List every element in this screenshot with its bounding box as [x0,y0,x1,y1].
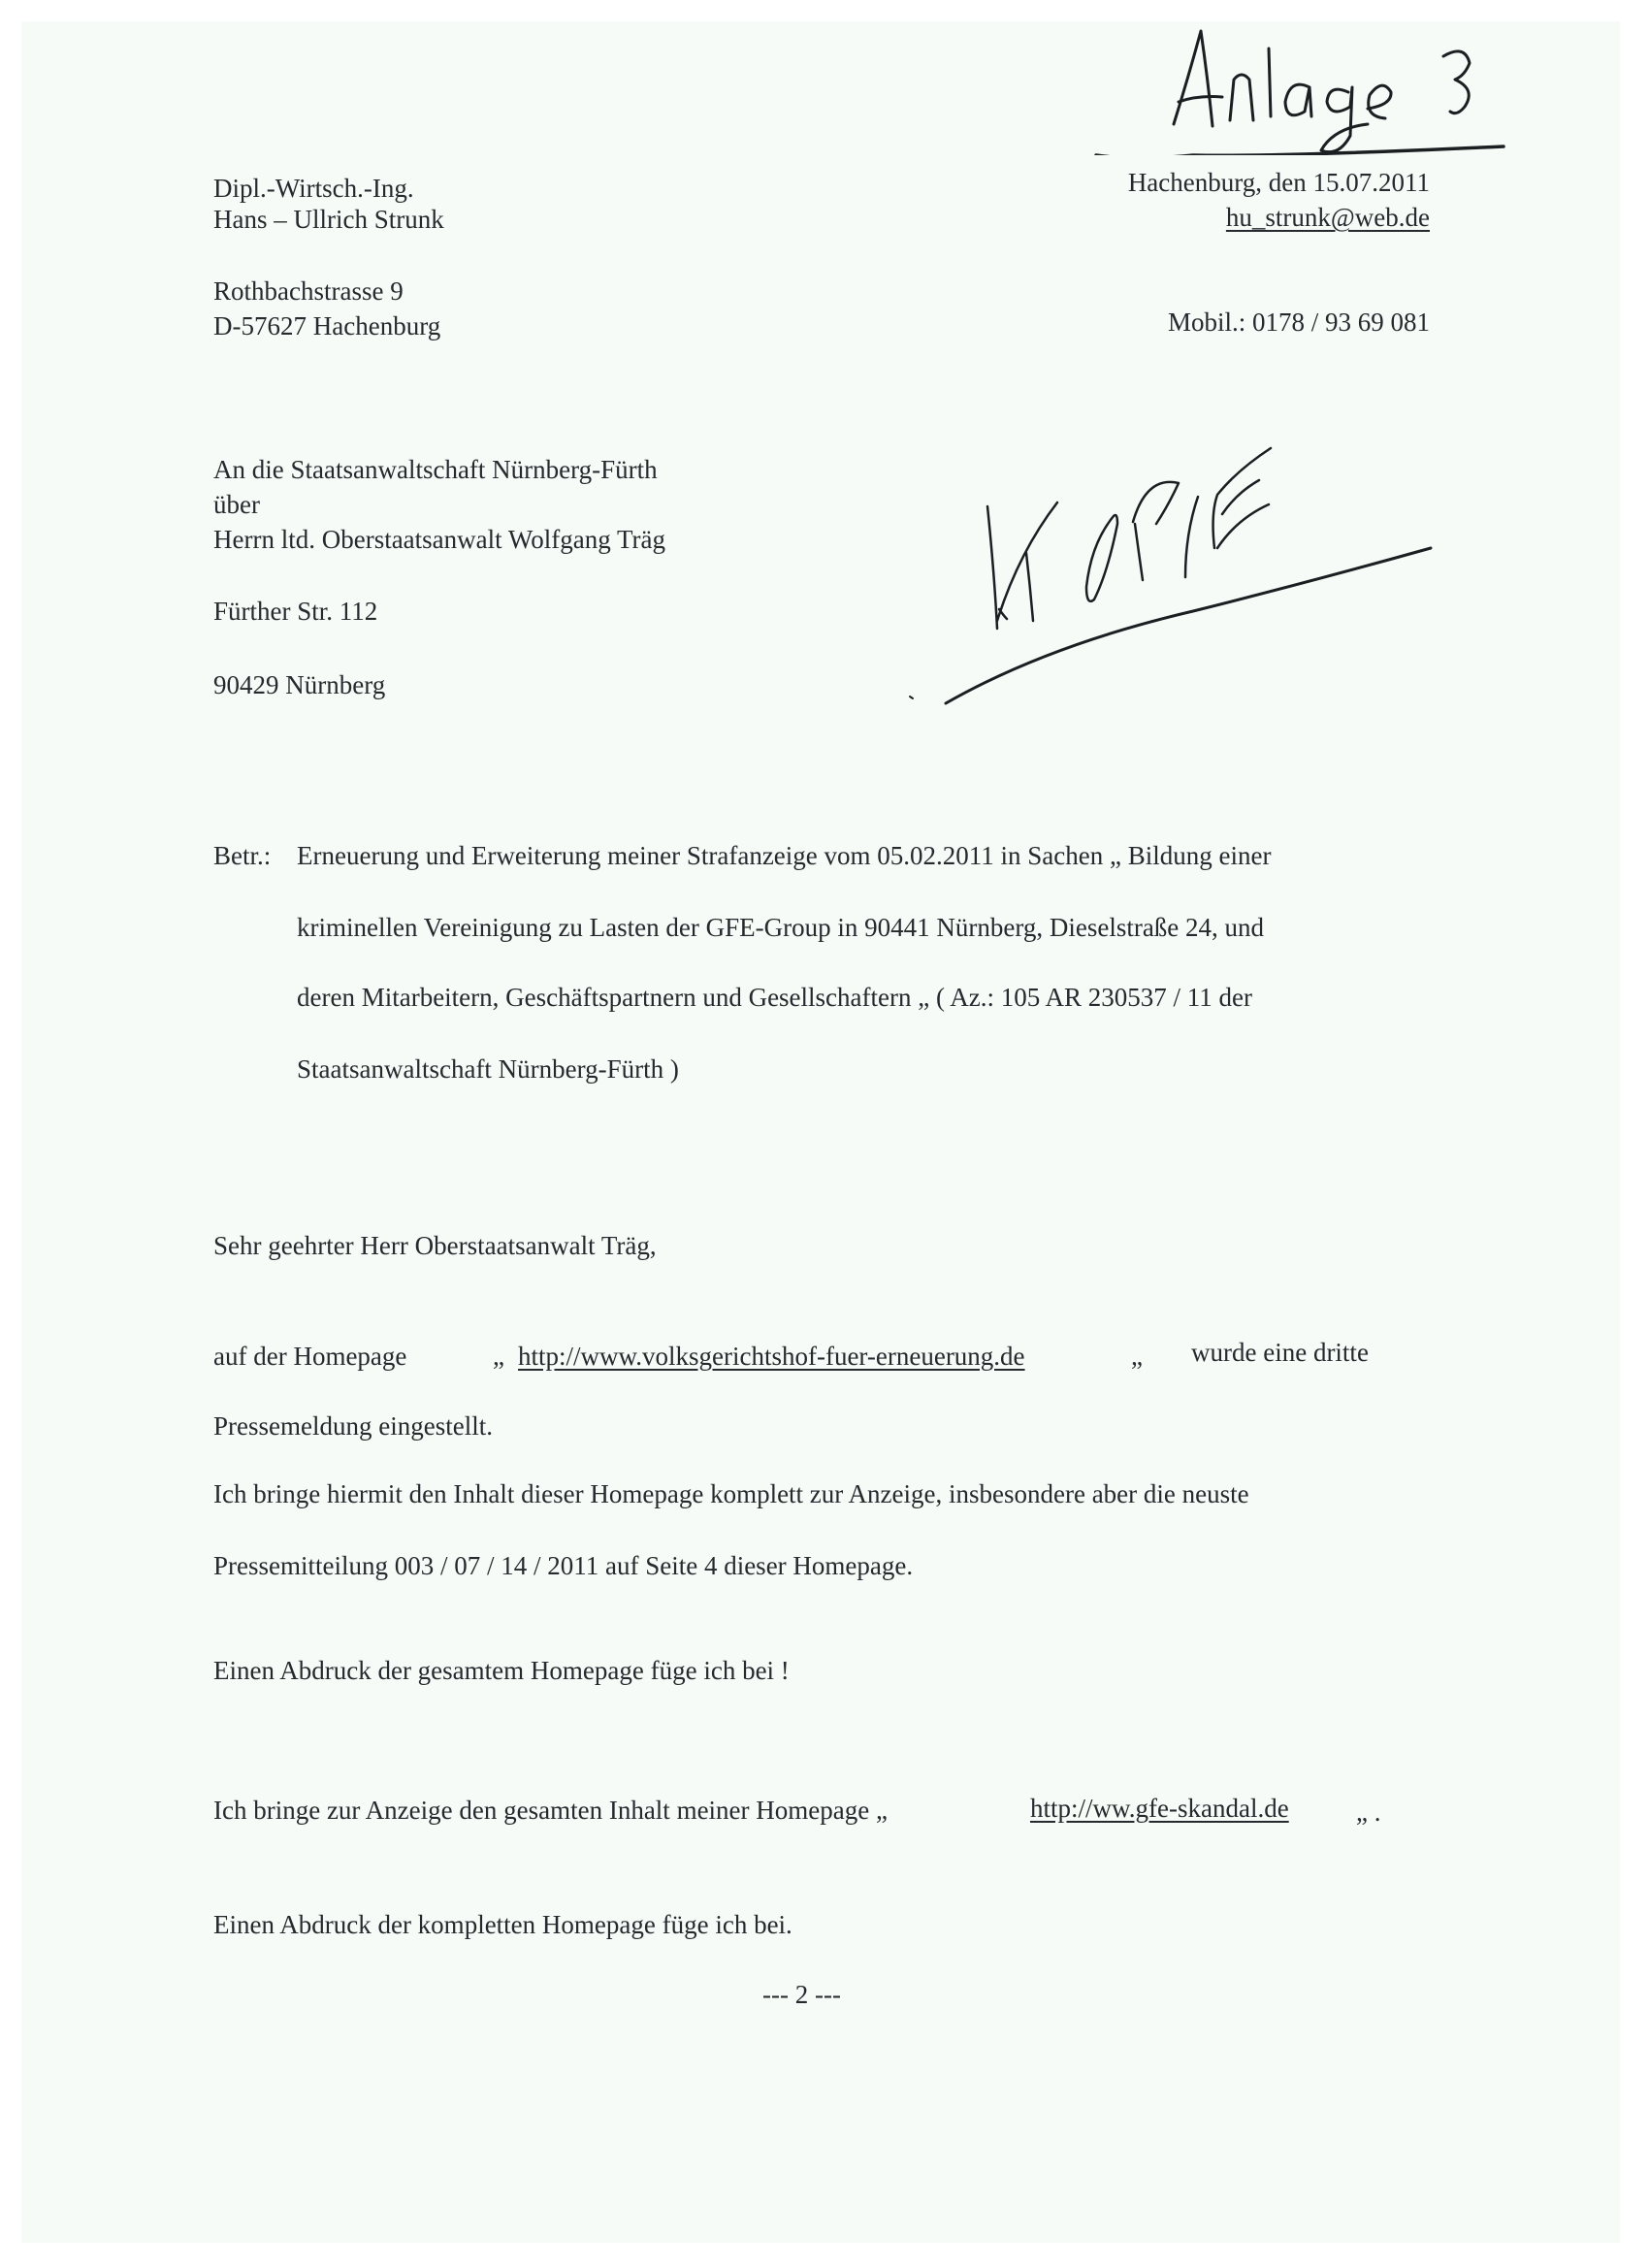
sender-title: Dipl.-Wirtsch.-Ing. [213,171,414,206]
paragraph3: Einen Abdruck der gesamtem Homepage füge… [213,1653,790,1688]
subject-line: deren Mitarbeitern, Geschäftspartnern un… [297,980,1252,1015]
subject-line: Staatsanwaltschaft Nürnberg-Fürth ) [297,1052,679,1086]
handwritten-attachment-label: Anlage 3 [1077,19,1581,155]
paragraph1-text: auf der Homepage [213,1339,406,1374]
paragraph1-line2: Pressemeldung eingestellt. [213,1409,493,1443]
recipient-city: 90429 Nürnberg [213,667,385,702]
email-link[interactable]: hu_strunk@web.de [1226,200,1430,235]
salutation: Sehr geehrter Herr Oberstaatsanwalt Träg… [213,1228,657,1263]
place-date: Hachenburg, den 15.07.2011 [1128,165,1430,200]
sender-street: Rothbachstrasse 9 [213,274,404,308]
sender-name: Hans – Ullrich Strunk [213,202,444,237]
paragraph2-line1: Ich bringe hiermit den Inhalt dieser Hom… [213,1476,1249,1511]
recipient-street: Fürther Str. 112 [213,594,377,629]
paragraph4-text: Ich bringe zur Anzeige den gesamten Inha… [213,1793,888,1828]
recipient-line2: über [213,487,260,522]
subject-label: Betr.: [213,838,271,873]
handwritten-copy-stamp: KOPIE [902,427,1503,728]
mobile-number: Mobil.: 0178 / 93 69 081 [1168,305,1430,340]
recipient-line3: Herrn ltd. Oberstaatsanwalt Wolfgang Trä… [213,522,665,557]
paragraph1-quote-open: „ [493,1339,504,1374]
paragraph1-text-end: wurde eine dritte [1191,1335,1369,1370]
paragraph5: Einen Abdruck der kompletten Homepage fü… [213,1907,792,1942]
paragraph2-line2: Pressemitteilung 003 / 07 / 14 / 2011 au… [213,1548,913,1583]
sender-city: D-57627 Hachenburg [213,308,440,343]
paragraph4-quote-close: „ . [1356,1795,1380,1830]
subject-line: kriminellen Vereinigung zu Lasten der GF… [297,910,1264,945]
page-number: --- 2 --- [762,1977,841,2012]
paragraph1-quote-close: „ [1131,1339,1143,1374]
subject-line: Erneuerung und Erweiterung meiner Strafa… [297,838,1271,873]
volksgerichtshof-link[interactable]: http://www.volksgerichtshof-fuer-erneuer… [518,1339,1025,1374]
recipient-line1: An die Staatsanwaltschaft Nürnberg-Fürth [213,452,658,487]
gfe-skandal-link[interactable]: http://ww.gfe-skandal.de [1030,1791,1289,1826]
